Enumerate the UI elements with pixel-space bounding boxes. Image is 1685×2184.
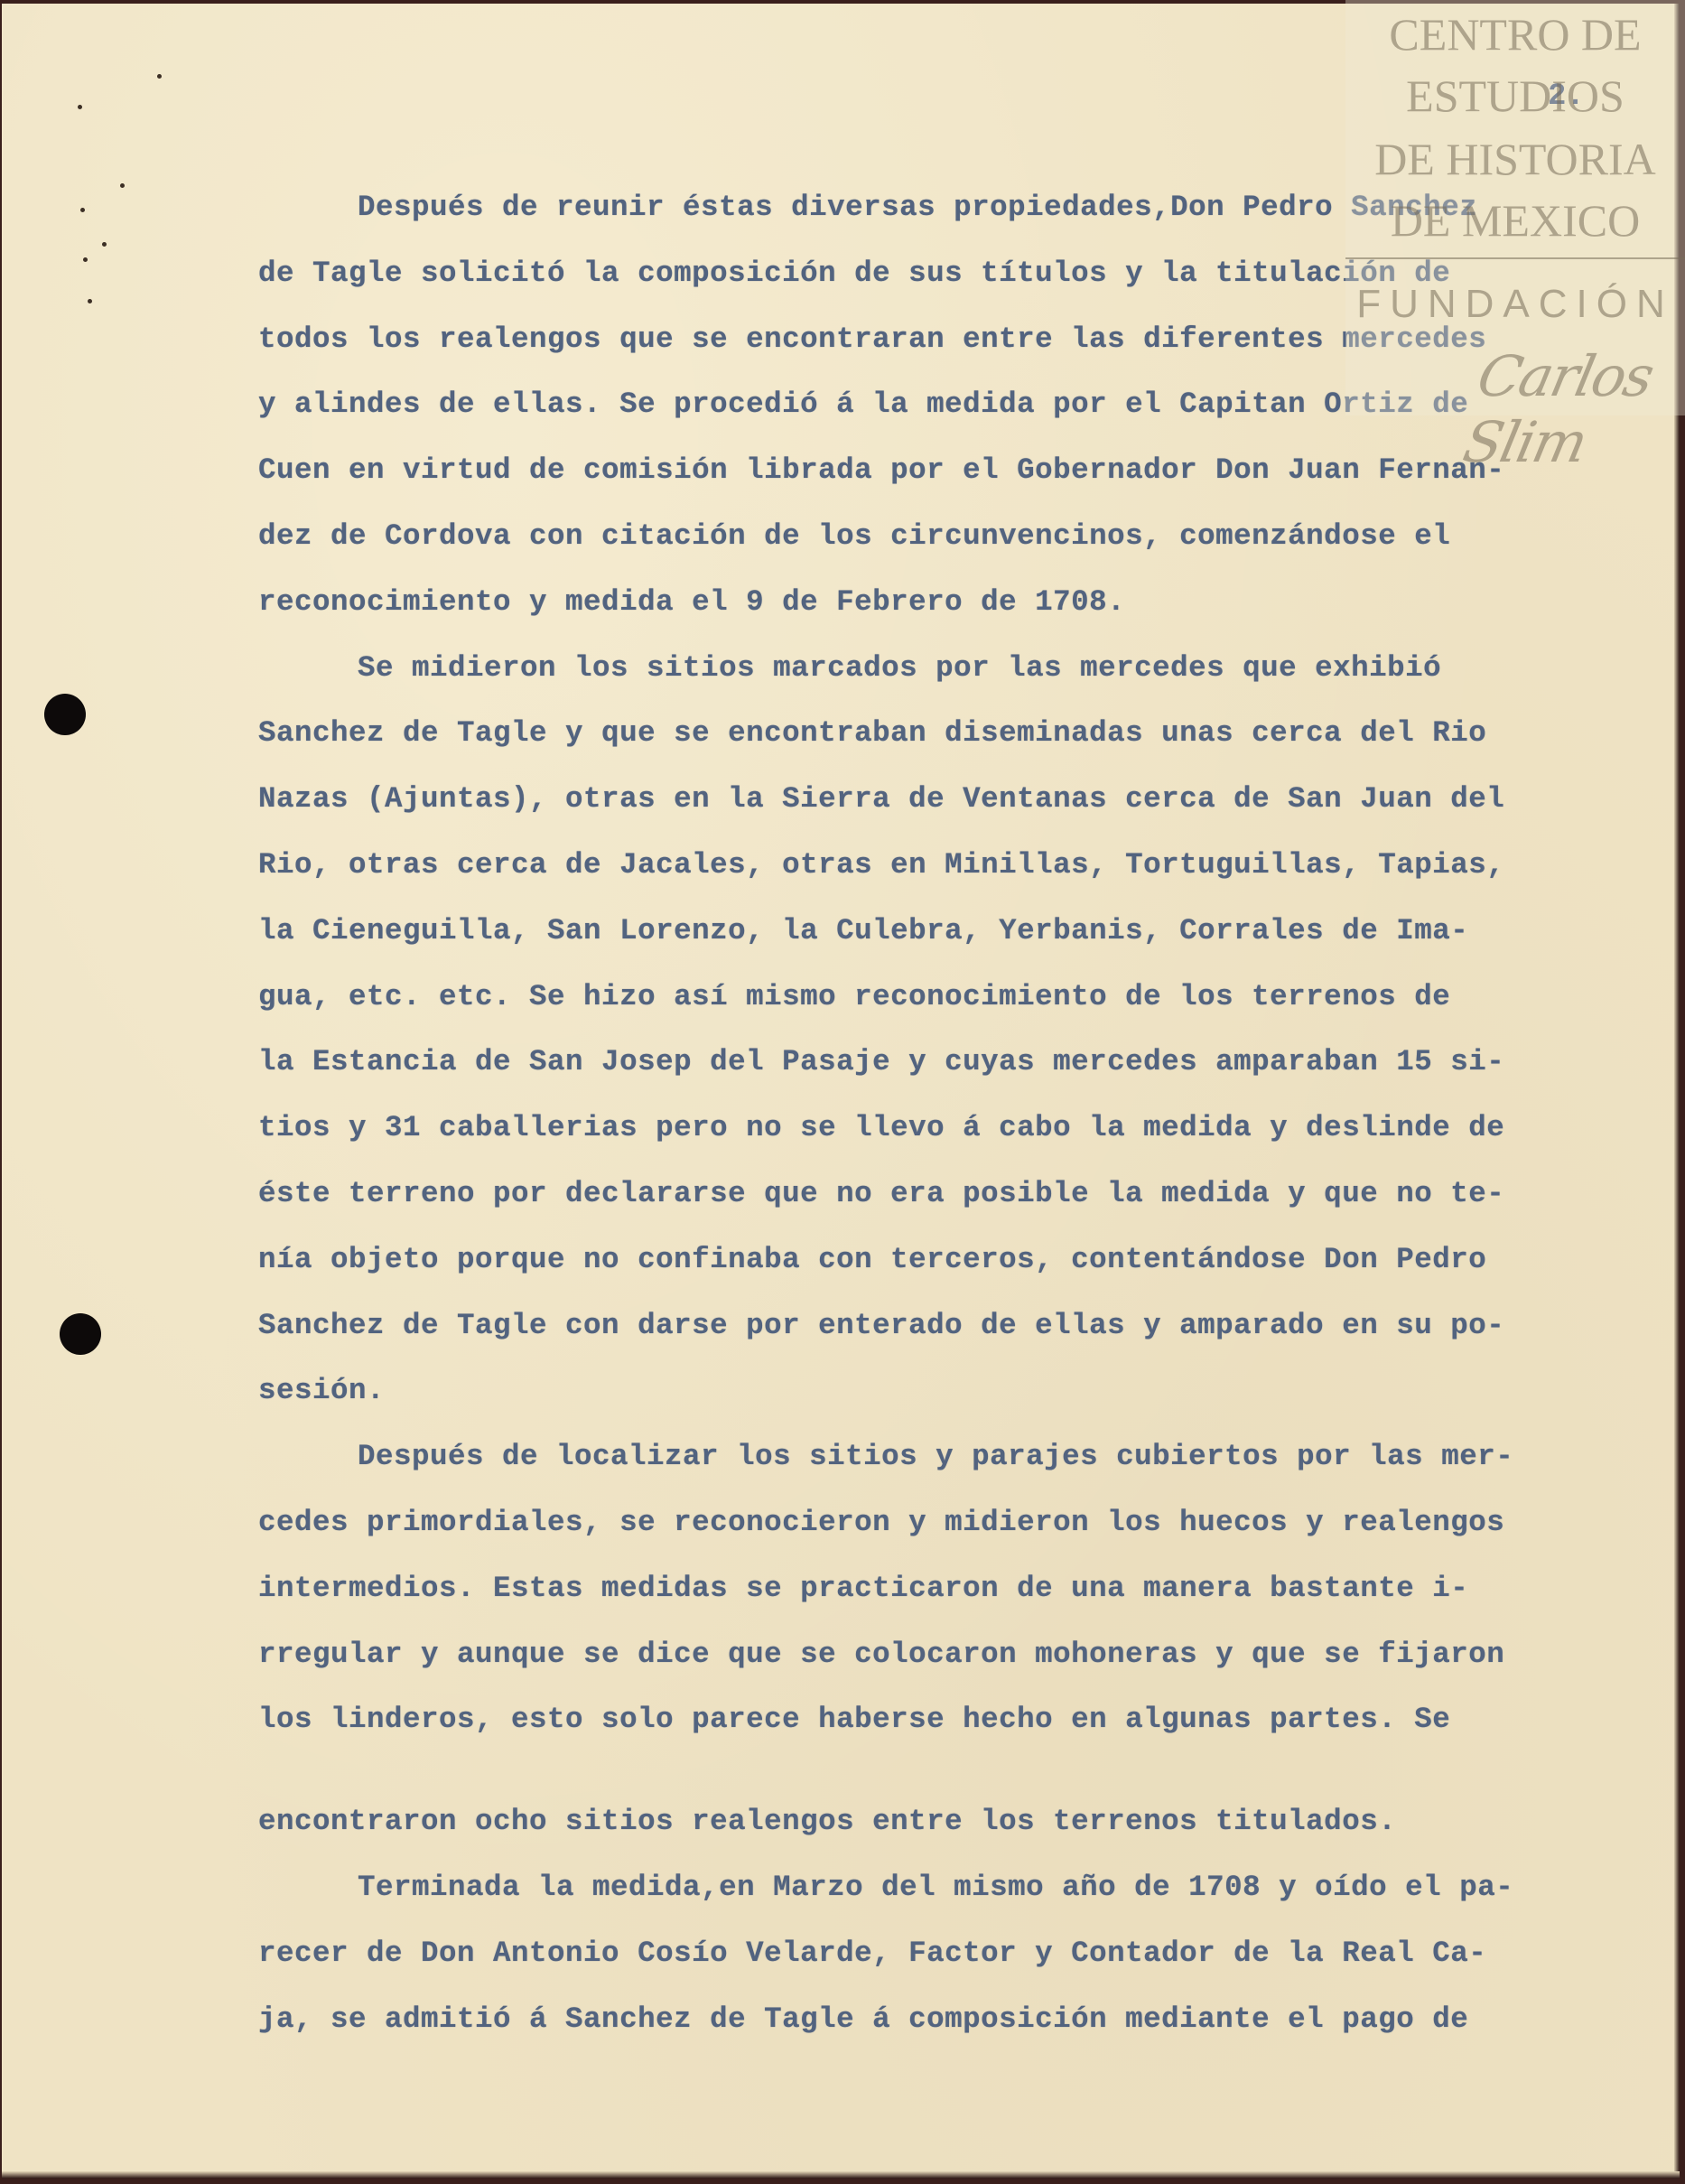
text-line: reconocimiento y medida el 9 de Febrero … [258,570,1631,636]
text-line: tios y 31 caballerias pero no se llevo á… [258,1096,1631,1162]
punch-hole [60,1313,101,1355]
punch-hole [44,694,86,735]
text-line: los linderos, esto solo parece haberse h… [258,1687,1631,1753]
watermark-foundation: FUNDACIÓN [1345,282,1685,327]
text-line: intermedios. Estas medidas se practicaro… [258,1556,1631,1622]
watermark-line: ESTUDIOS [1345,72,1685,119]
text-line: encontraron ocho sitios realengos entre … [258,1789,1631,1855]
paper-speck [80,208,85,212]
watermark-rule [1345,257,1685,259]
text-line: Nazas (Ajuntas), otras en la Sierra de V… [258,767,1631,833]
text-line: la Cieneguilla, San Lorenzo, la Culebra,… [258,899,1631,965]
text-line: Cuen en virtud de comisión librada por e… [258,438,1631,504]
text-line: nía objeto porque no confinaba con terce… [258,1227,1631,1293]
paper-speck [157,74,162,79]
text-line: Se midieron los sitios marcados por las … [258,636,1631,702]
text-line: dez de Cordova con citación de los circu… [258,504,1631,570]
page-edge [2,2171,1680,2179]
text-line: sesión. [258,1358,1631,1424]
paper-speck [88,299,92,303]
watermark-line: CENTRO DE [1345,11,1685,58]
text-line: Después de localizar los sitios y paraje… [258,1424,1631,1490]
text-line: ja, se admitió á Sanchez de Tagle á comp… [258,1987,1631,2053]
text-line: Rio, otras cerca de Jacales, otras en Mi… [258,833,1631,899]
watermark-line: DE HISTORIA [1345,135,1685,182]
line-gap [258,1753,1631,1789]
text-line: cedes primordiales, se reconocieron y mi… [258,1490,1631,1556]
paper-speck [78,105,82,109]
text-line: Sanchez de Tagle y que se encontraban di… [258,701,1631,767]
text-line: rregular y aunque se dice que se colocar… [258,1622,1631,1688]
text-line: gua, etc. etc. Se hizo así mismo reconoc… [258,965,1631,1031]
text-line: Terminada la medida,en Marzo del mismo a… [258,1855,1631,1921]
text-line: recer de Don Antonio Cosío Velarde, Fact… [258,1921,1631,1987]
paper-speck [83,257,88,262]
text-line: éste terreno por declararse que no era p… [258,1162,1631,1227]
paper-speck [120,183,125,188]
text-line: la Estancia de San Josep del Pasaje y cu… [258,1030,1631,1096]
text-line: Sanchez de Tagle con darse por enterado … [258,1293,1631,1359]
watermark-signature: Carlos Slim [1457,343,1685,475]
watermark-line: DE MEXICO [1345,197,1685,244]
typewritten-text: Después de reunir éstas diversas propied… [258,175,1631,2052]
paper-speck [102,242,107,247]
